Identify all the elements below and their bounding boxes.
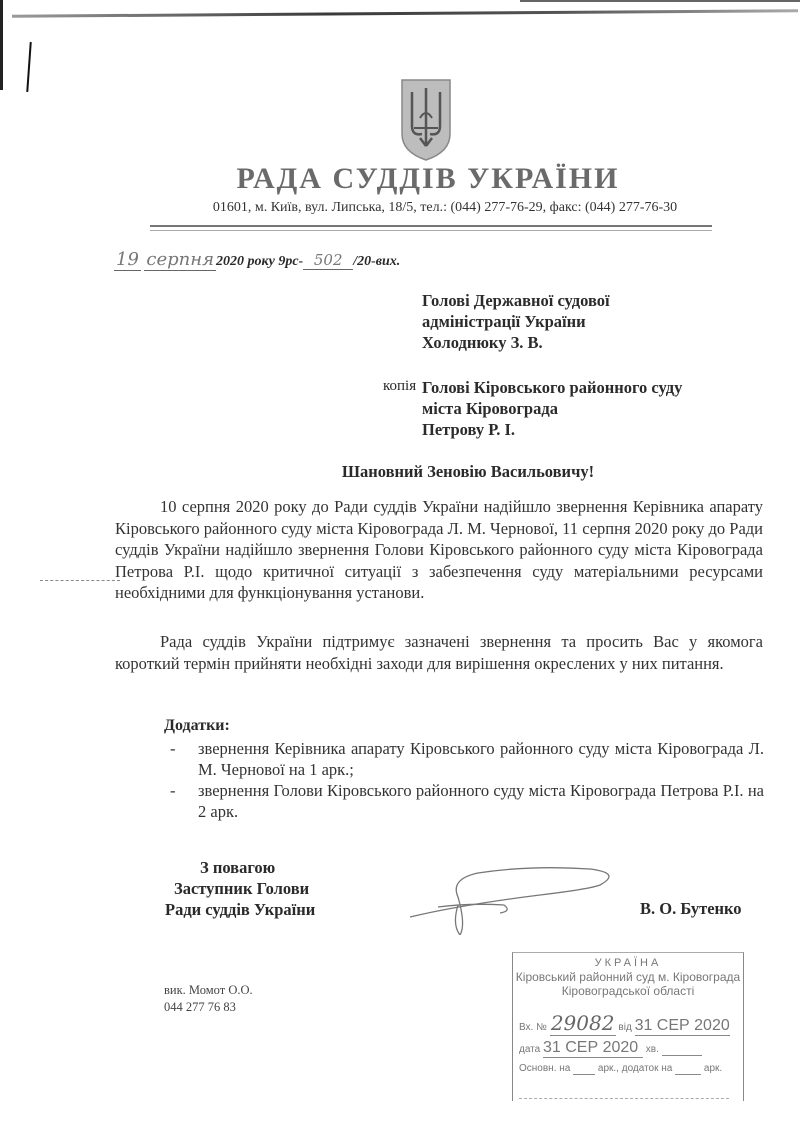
scan-artifact-dash xyxy=(40,580,120,581)
closing-line: Заступник Голови xyxy=(174,878,309,899)
addressee-block: Голові Державної судової адміністрації У… xyxy=(422,290,610,353)
stamp-date-row: дата 31 СЕР 2020 хв. xyxy=(519,1039,702,1058)
list-dash: - xyxy=(170,780,198,822)
body-paragraph: 10 серпня 2020 року до Ради суддів Украї… xyxy=(115,496,763,604)
addressee-line: адміністрації України xyxy=(422,311,610,332)
stamp-date-label: дата xyxy=(519,1044,540,1055)
signer-name: В. О. Бутенко xyxy=(640,899,742,919)
body-paragraph: Рада суддів України підтримує зазначені … xyxy=(115,631,763,674)
list-dash: - xyxy=(170,738,198,780)
stamp-from-value: 31 СЕР 2020 xyxy=(635,1017,730,1036)
stamp-in-number-label: Вх. № xyxy=(519,1022,547,1033)
organization-address: 01601, м. Київ, вул. Липська, 18/5, тел.… xyxy=(0,200,800,216)
stamp-country: УКРАЇНА xyxy=(513,957,743,969)
stamp-in-number-value: 29082 xyxy=(550,1011,616,1036)
stamp-region: Кіровоградської області xyxy=(513,984,743,998)
stamp-basis-sheets: арк., додаток на xyxy=(598,1063,672,1074)
stamp-date-value: 31 СЕР 2020 xyxy=(543,1039,643,1058)
handwritten-number: 502 xyxy=(303,251,353,270)
body-paragraph-text: 10 серпня 2020 року до Ради суддів Украї… xyxy=(115,497,763,602)
attachment-text: звернення Керівника апарату Кіровського … xyxy=(198,738,764,780)
stamp-basis-sheets2: арк. xyxy=(704,1063,722,1074)
stamp-basis-label: Основн. на xyxy=(519,1063,570,1074)
copy-label: копія xyxy=(383,378,416,395)
handwritten-month: серпня xyxy=(144,249,216,271)
handwritten-day: 19 xyxy=(114,249,141,271)
copy-addressee-line: міста Кіровограда xyxy=(422,398,682,419)
copy-addressee-line: Петрову Р. І. xyxy=(422,419,682,440)
stamp-in-number-row: Вх. № 29082 від 31 СЕР 2020 xyxy=(519,1011,730,1036)
closing-line: Ради суддів України xyxy=(165,899,315,920)
scan-edge xyxy=(0,0,3,90)
trident-coat-of-arms-icon xyxy=(400,78,452,162)
executor-info: вик. Момот О.О. 044 277 76 83 xyxy=(164,982,253,1016)
executor-phone: 044 277 76 83 xyxy=(164,999,253,1016)
stamp-from-label: від xyxy=(618,1022,631,1033)
reference-suffix: /20-вих. xyxy=(353,254,400,269)
attachment-item: - звернення Голови Кіровського районного… xyxy=(170,780,764,822)
addressee-line: Голові Державної судової xyxy=(422,290,610,311)
stamp-signature-line xyxy=(519,1087,729,1099)
copy-addressee-line: Голові Кіровського районного суду xyxy=(422,377,682,398)
stamp-basis-row: Основн. на арк., додаток на арк. xyxy=(519,1063,722,1075)
handwritten-signature xyxy=(400,855,640,935)
incoming-registration-stamp: УКРАЇНА Кіровський районний суд м. Кіров… xyxy=(512,952,744,1101)
salutation: Шановний Зеновію Васильовичу! xyxy=(0,462,800,482)
closing-line: З повагою xyxy=(200,857,275,878)
attachment-item: - звернення Керівника апарату Кіровськог… xyxy=(170,738,764,780)
attachments-title: Додатки: xyxy=(164,717,230,735)
reference-year: 2020 року 9рс- xyxy=(216,254,303,269)
scan-artifact-line xyxy=(12,9,798,17)
letterhead-divider xyxy=(150,225,712,231)
pen-mark xyxy=(26,42,31,92)
reference-line: 19 серпня2020 року 9рс-502/20-вих. xyxy=(114,249,400,271)
body-paragraph-text: Рада суддів України підтримує зазначені … xyxy=(115,632,763,673)
stamp-hour-label: хв. xyxy=(646,1044,659,1055)
organization-title: РАДА СУДДІВ УКРАЇНИ xyxy=(0,162,800,196)
attachment-text: звернення Голови Кіровського районного с… xyxy=(198,780,764,822)
scan-artifact-line xyxy=(520,0,800,2)
executor-name: вик. Момот О.О. xyxy=(164,982,253,999)
stamp-court: Кіровський районний суд м. Кіровограда xyxy=(513,970,743,984)
copy-addressee-block: Голові Кіровського районного суду міста … xyxy=(422,377,682,440)
addressee-line: Холоднюку З. В. xyxy=(422,332,610,353)
attachments-list: - звернення Керівника апарату Кіровськог… xyxy=(170,738,764,822)
